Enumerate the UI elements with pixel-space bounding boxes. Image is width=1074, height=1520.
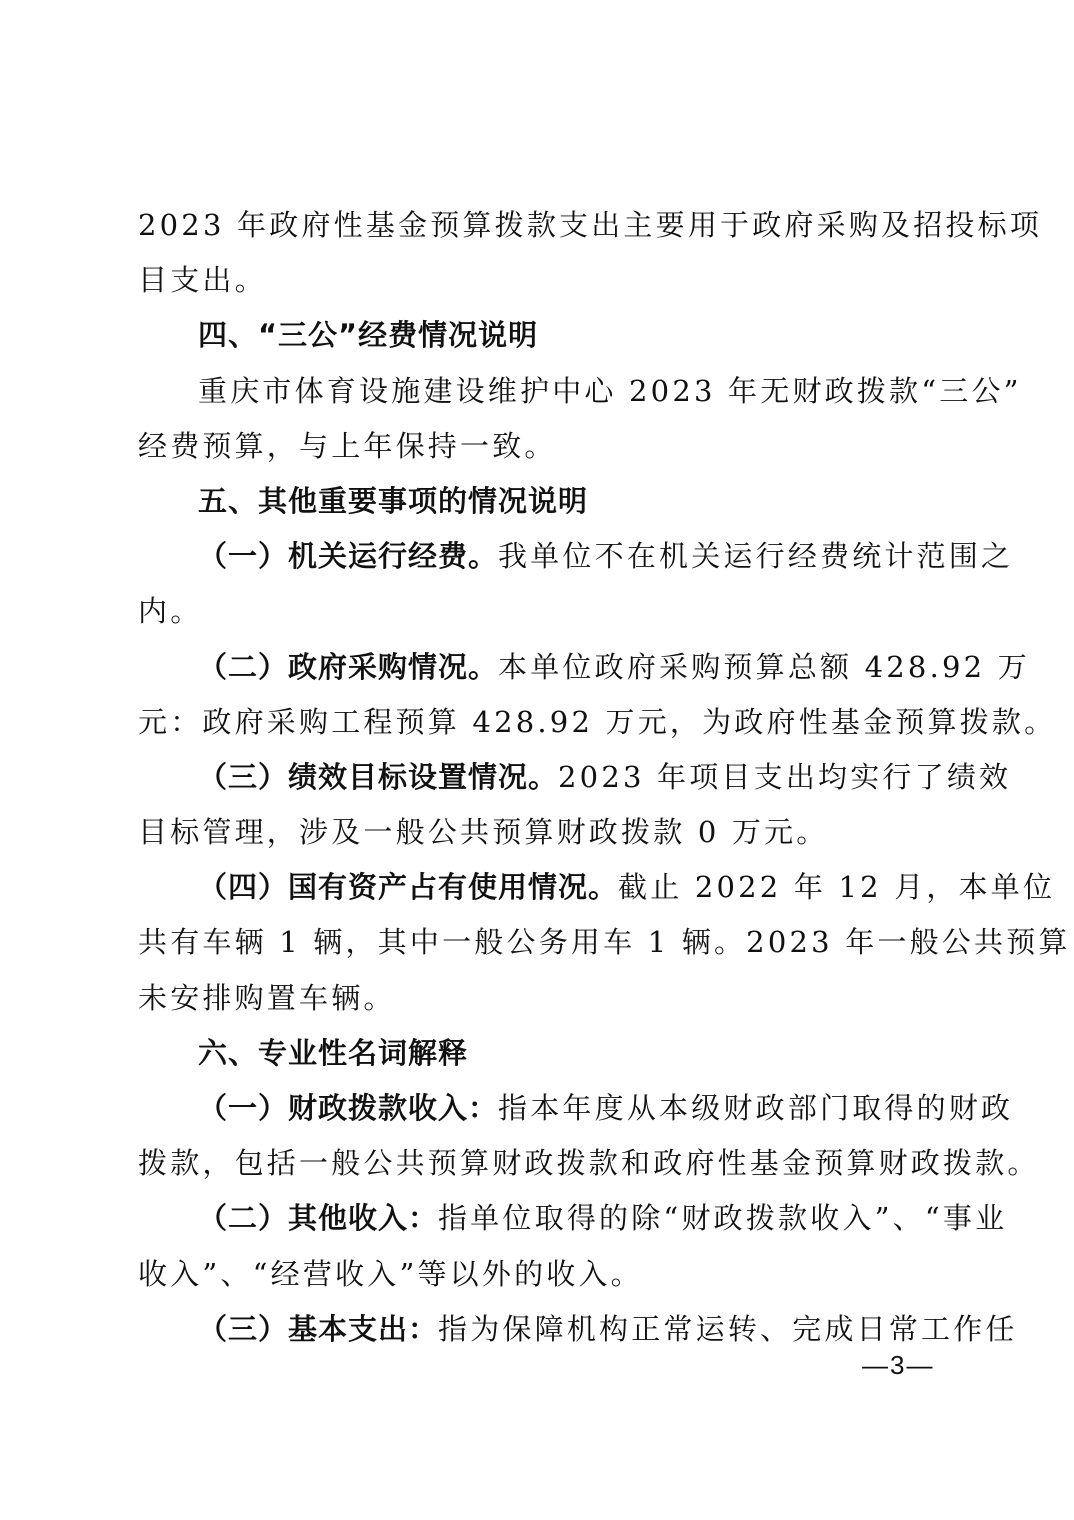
body-text-line: 目支出。 (138, 253, 938, 308)
list-item: （三）绩效目标设置情况。2023 年项目支出均实行了绩效 (138, 750, 938, 805)
item-label: （四）国有资产占有使用情况。 (198, 870, 618, 904)
item-label: （一）机关运行经费。 (198, 539, 498, 573)
list-item: （四）国有资产占有使用情况。截止 2022 年 12 月，本单位 (138, 860, 938, 915)
item-text: 截止 2022 年 12 月，本单位 (618, 870, 1055, 904)
section-heading-6: 六、专业性名词解释 (138, 1026, 938, 1081)
body-text-line: 内。 (138, 584, 938, 639)
item-label: （二）政府采购情况。 (198, 650, 498, 684)
list-item: （二）其他收入：指单位取得的除“财政拨款收入”、“事业 (138, 1191, 938, 1246)
item-label: （二）其他收入： (198, 1201, 438, 1235)
section-heading-5: 五、其他重要事项的情况说明 (138, 474, 938, 529)
list-item: （一）机关运行经费。我单位不在机关运行经费统计范围之 (138, 529, 938, 584)
page-number: —3— (862, 1350, 934, 1381)
body-text-line: 共有车辆 1 辆，其中一般公务用车 1 辆。2023 年一般公共预算 (138, 915, 938, 970)
body-text-line: 2023 年政府性基金预算拨款支出主要用于政府采购及招投标项 (138, 198, 938, 253)
item-label: （三）绩效目标设置情况。 (198, 760, 558, 794)
item-label: （三）基本支出： (198, 1312, 438, 1346)
item-text: 指单位取得的除“财政拨款收入”、“事业 (438, 1201, 1007, 1235)
section-heading-4: 四、“三公”经费情况说明 (138, 308, 938, 363)
item-text: 指为保障机构正常运转、完成日常工作任 (438, 1312, 1018, 1346)
body-text-line: 拨款，包括一般公共预算财政拨款和政府性基金预算财政拨款。 (138, 1136, 938, 1191)
body-text-line: 目标管理，涉及一般公共预算财政拨款 0 万元。 (138, 805, 938, 860)
item-text: 指本年度从本级财政部门取得的财政 (498, 1091, 1013, 1125)
item-label: （一）财政拨款收入： (198, 1091, 498, 1125)
list-item: （三）基本支出：指为保障机构正常运转、完成日常工作任 (138, 1302, 938, 1357)
body-text-line: 未安排购置车辆。 (138, 971, 938, 1026)
list-item: （一）财政拨款收入：指本年度从本级财政部门取得的财政 (138, 1081, 938, 1136)
document-body: 2023 年政府性基金预算拨款支出主要用于政府采购及招投标项 目支出。 四、“三… (138, 198, 938, 1357)
body-text-line: 重庆市体育设施建设维护中心 2023 年无财政拨款“三公” (138, 364, 938, 419)
item-text: 本单位政府采购预算总额 428.92 万 (498, 650, 1030, 684)
body-text-line: 收入”、“经营收入”等以外的收入。 (138, 1247, 938, 1302)
body-text-line: 元：政府采购工程预算 428.92 万元，为政府性基金预算拨款。 (138, 695, 938, 750)
body-text-line: 经费预算，与上年保持一致。 (138, 419, 938, 474)
item-text: 我单位不在机关运行经费统计范围之 (498, 539, 1013, 573)
item-text: 2023 年项目支出均实行了绩效 (558, 760, 1011, 794)
list-item: （二）政府采购情况。本单位政府采购预算总额 428.92 万 (138, 640, 938, 695)
